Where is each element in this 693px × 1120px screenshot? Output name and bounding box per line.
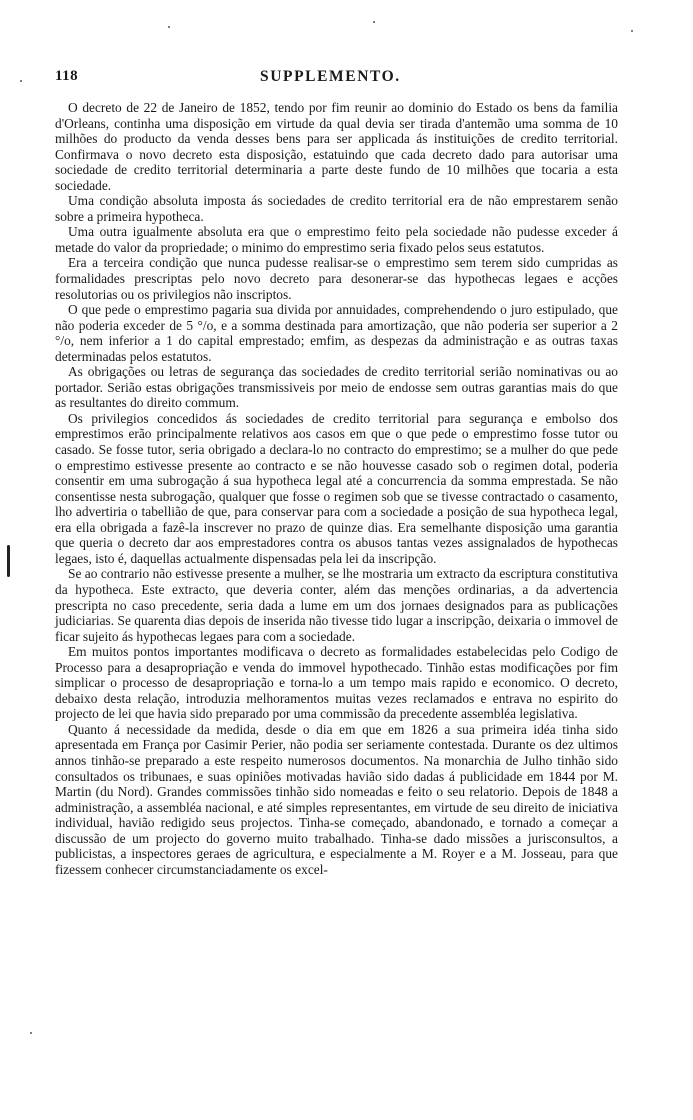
body-text: O decreto de 22 de Janeiro de 1852, tend… — [55, 100, 618, 877]
paragraph: Os privilegios concedidos ás sociedades … — [55, 411, 618, 566]
scan-speck — [30, 1032, 32, 1034]
paragraph: Em muitos pontos importantes modificava … — [55, 644, 618, 722]
paragraph: As obrigações ou letras de segurança das… — [55, 364, 618, 411]
paragraph: Quanto á necessidade da medida, desde o … — [55, 722, 618, 877]
scan-speck — [168, 26, 170, 28]
document-page: 118 SUPPLEMENTO. O decreto de 22 de Jane… — [55, 68, 618, 877]
paragraph: Uma outra igualmente absoluta era que o … — [55, 224, 618, 255]
paragraph: Uma condição absoluta imposta ás socieda… — [55, 193, 618, 224]
page-number: 118 — [55, 68, 78, 85]
page-header: 118 SUPPLEMENTO. — [55, 68, 618, 94]
paragraph: Era a terceira condição que nunca pudess… — [55, 255, 618, 302]
paragraph: Se ao contrario não estivesse presente a… — [55, 566, 618, 644]
scan-speck — [631, 30, 633, 32]
scan-speck — [373, 21, 375, 23]
scan-speck — [20, 80, 22, 82]
margin-bracket-mark — [7, 545, 10, 577]
running-head: SUPPLEMENTO. — [260, 68, 401, 86]
paragraph: O decreto de 22 de Janeiro de 1852, tend… — [55, 100, 618, 193]
paragraph: O que pede o emprestimo pagaria sua divi… — [55, 302, 618, 364]
